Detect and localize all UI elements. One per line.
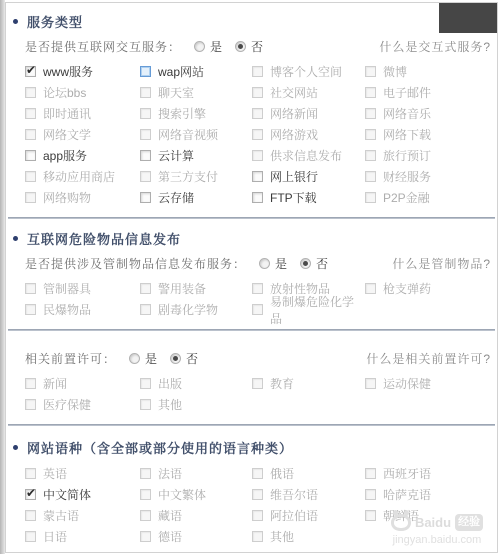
radio-no-icon[interactable] xyxy=(170,353,181,364)
section-title: 服务类型 xyxy=(27,12,83,31)
checkbox xyxy=(140,489,151,500)
checkbox-item: 易制爆危险化学品 xyxy=(252,293,365,327)
checkbox xyxy=(140,510,151,521)
checkbox-item: 维吾尔语 xyxy=(252,486,365,503)
checkbox-label: 阿拉伯语 xyxy=(270,507,318,524)
question-row: 相关前置许可： 是 否 什么是相关前置许可? xyxy=(25,348,491,368)
checkbox xyxy=(365,150,376,161)
checkbox-item: 中文繁体 xyxy=(140,486,252,503)
checkbox-label: 中文繁体 xyxy=(158,486,206,503)
checkbox-item: 医疗保健 xyxy=(25,396,140,413)
checkbox-label: 俄语 xyxy=(270,465,294,482)
radio-yes-icon[interactable] xyxy=(259,258,270,269)
checkbox xyxy=(140,468,151,479)
checkbox-label: 新闻 xyxy=(43,375,67,392)
checkbox xyxy=(25,399,36,410)
checkbox-label: 微博 xyxy=(383,63,407,80)
checkbox-item: 蒙古语 xyxy=(25,507,140,524)
checkbox-label: 哈萨克语 xyxy=(383,486,431,503)
checkbox-item: 俄语 xyxy=(252,465,365,482)
radio-option-yes[interactable]: 是 xyxy=(194,38,222,55)
section-divider xyxy=(8,424,495,426)
checkbox-label[interactable]: www服务 xyxy=(43,63,93,80)
checkbox-label: 第三方支付 xyxy=(158,168,218,185)
checkbox xyxy=(140,399,151,410)
checkbox[interactable] xyxy=(140,192,151,203)
section-bullet-icon xyxy=(13,445,18,450)
checkbox-label[interactable]: FTP下载 xyxy=(270,189,317,206)
checkbox-label: 维吾尔语 xyxy=(270,486,318,503)
radio-option-yes[interactable]: 是 xyxy=(129,350,157,367)
radio-yes-label[interactable]: 是 xyxy=(145,350,157,367)
checkbox xyxy=(25,378,36,389)
question-row: 是否提供涉及管制物品信息发布服务： 是 否 什么是管制物品? xyxy=(25,253,491,273)
checkbox[interactable] xyxy=(252,171,263,182)
section-divider xyxy=(8,329,495,331)
checkbox-item: wap网站 xyxy=(140,63,252,80)
checkbox-item: 博客个人空间 xyxy=(252,63,365,80)
checkbox-grid: www服务 wap网站 博客个人空间 微博 论坛bbs 聊天室 社交网站 电子邮… xyxy=(25,61,493,208)
checkbox-item: 网络购物 xyxy=(25,189,140,206)
checkbox xyxy=(252,66,263,77)
checkbox[interactable] xyxy=(25,489,36,500)
checkbox-item: 中文简体 xyxy=(25,486,140,503)
checkbox[interactable] xyxy=(140,150,151,161)
checkbox-label: 移动应用商店 xyxy=(43,168,115,185)
checkbox xyxy=(140,378,151,389)
checkbox xyxy=(365,283,376,294)
checkbox-label: 教育 xyxy=(270,375,294,392)
checkbox-label[interactable]: 网上银行 xyxy=(270,168,318,185)
checkbox xyxy=(365,489,376,500)
checkbox-label: 警用装备 xyxy=(158,280,206,297)
checkbox-item: 运动保健 xyxy=(365,375,493,392)
radio-option-no[interactable]: 否 xyxy=(170,350,198,367)
radio-no-icon[interactable] xyxy=(300,258,311,269)
checkbox xyxy=(140,129,151,140)
checkbox-label: 网络音视频 xyxy=(158,126,218,143)
checkbox-item: 网络游戏 xyxy=(252,126,365,143)
radio-no-label[interactable]: 否 xyxy=(186,350,198,367)
checkbox-grid: 管制器具 警用装备 放射性物品 枪支弹药 民爆物品 剧毒化学物 易制爆危险化学品 xyxy=(25,278,493,320)
checkbox-item: 第三方支付 xyxy=(140,168,252,185)
checkbox-item: 朝鲜语 xyxy=(365,507,493,524)
checkbox-label: 搜索引擎 xyxy=(158,105,206,122)
checkbox-label: 论坛bbs xyxy=(43,84,86,101)
checkbox-label: 社交网站 xyxy=(270,84,318,101)
checkbox-label: 西班牙语 xyxy=(383,465,431,482)
checkbox-item: 微博 xyxy=(365,63,493,80)
checkbox-item: app服务 xyxy=(25,147,140,164)
checkbox-item: 管制器具 xyxy=(25,280,140,297)
checkbox-label: 易制爆危险化学品 xyxy=(270,293,365,327)
section-header: 网站语种（含全部或部分使用的语言种类） xyxy=(13,438,489,456)
radio-yes-icon[interactable] xyxy=(194,41,205,52)
checkbox-item: P2P金融 xyxy=(365,189,493,206)
checkbox-label: 网络购物 xyxy=(43,189,91,206)
radio-option-no[interactable]: 否 xyxy=(235,38,263,55)
checkbox-item: 其他 xyxy=(252,528,365,545)
checkbox xyxy=(365,129,376,140)
checkbox xyxy=(365,87,376,98)
checkbox-label: 日语 xyxy=(43,528,67,545)
section-bullet-icon xyxy=(13,236,18,241)
checkbox-label[interactable]: 中文简体 xyxy=(43,486,91,503)
checkbox-item: 社交网站 xyxy=(252,84,365,101)
radio-option-yes[interactable]: 是 xyxy=(259,255,287,272)
checkbox xyxy=(252,150,263,161)
checkbox xyxy=(25,531,36,542)
checkbox-item: FTP下载 xyxy=(252,189,365,206)
radio-option-no[interactable]: 否 xyxy=(300,255,328,272)
checkbox-item: 民爆物品 xyxy=(25,301,140,318)
checkbox-item: 云存储 xyxy=(140,189,252,206)
question-label: 相关前置许可： xyxy=(25,350,116,367)
checkbox xyxy=(365,378,376,389)
checkbox-label: 网络游戏 xyxy=(270,126,318,143)
checkbox-label[interactable]: 云存储 xyxy=(158,189,194,206)
checkbox xyxy=(25,87,36,98)
section-title: 互联网危险物品信息发布 xyxy=(27,229,181,248)
checkbox-item: 移动应用商店 xyxy=(25,168,140,185)
checkbox[interactable] xyxy=(25,150,36,161)
help-link-interactive-service[interactable]: 什么是交互式服务? xyxy=(379,38,491,55)
checkbox-label: 英语 xyxy=(43,465,67,482)
form-panel: 服务类型 是否提供互联网交互服务： 是 否 什么是交互式服务? www服务 wa… xyxy=(5,2,498,553)
checkbox-label: 德语 xyxy=(158,528,182,545)
checkbox-label: 医疗保健 xyxy=(43,396,91,413)
checkbox xyxy=(25,108,36,119)
checkbox xyxy=(252,283,263,294)
checkbox xyxy=(252,108,263,119)
checkbox xyxy=(365,468,376,479)
checkbox-label: P2P金融 xyxy=(383,189,430,206)
checkbox-label: 网络文学 xyxy=(43,126,91,143)
checkbox-label[interactable]: app服务 xyxy=(43,147,87,164)
checkbox xyxy=(252,378,263,389)
checkbox xyxy=(252,129,263,140)
checkbox xyxy=(25,171,36,182)
checkbox-label: 旅行预订 xyxy=(383,147,431,164)
checkbox-label: 运动保健 xyxy=(383,375,431,392)
section-header: 互联网危险物品信息发布 xyxy=(13,229,489,247)
checkbox xyxy=(140,171,151,182)
question-row: 是否提供互联网交互服务： 是 否 什么是交互式服务? xyxy=(25,36,491,56)
checkbox-item: 日语 xyxy=(25,528,140,545)
checkbox-label: 网络音乐 xyxy=(383,105,431,122)
checkbox-item: 云计算 xyxy=(140,147,252,164)
checkbox-item: 网络音乐 xyxy=(365,105,493,122)
radio-no-label[interactable]: 否 xyxy=(251,38,263,55)
checkbox xyxy=(140,304,151,315)
checkbox-item: www服务 xyxy=(25,63,140,80)
checkbox xyxy=(365,510,376,521)
checkbox-label: 供求信息发布 xyxy=(270,147,342,164)
checkbox-grid: 新闻 出版 教育 运动保健 医疗保健 其他 xyxy=(25,373,493,415)
checkbox-item: 旅行预订 xyxy=(365,147,493,164)
checkbox xyxy=(140,87,151,98)
checkbox xyxy=(252,468,263,479)
checkbox-item: 法语 xyxy=(140,465,252,482)
checkbox-label[interactable]: 云计算 xyxy=(158,147,194,164)
checkbox-item: 电子邮件 xyxy=(365,84,493,101)
checkbox-item: 西班牙语 xyxy=(365,465,493,482)
radio-yes-label[interactable]: 是 xyxy=(275,255,287,272)
checkbox xyxy=(252,304,263,315)
checkbox-item: 藏语 xyxy=(140,507,252,524)
section-site-language: 网站语种（含全部或部分使用的语言种类） 英语 法语 俄语 西班牙语 中文简体 中… xyxy=(6,438,497,547)
checkbox-item: 警用装备 xyxy=(140,280,252,297)
checkbox-item: 财经服务 xyxy=(365,168,493,185)
checkbox-label: 聊天室 xyxy=(158,84,194,101)
checkbox-item: 枪支弹药 xyxy=(365,280,493,297)
checkbox-item: 阿拉伯语 xyxy=(252,507,365,524)
checkbox-label: 法语 xyxy=(158,465,182,482)
checkbox xyxy=(25,129,36,140)
section-pre-approval: 相关前置许可： 是 否 什么是相关前置许可? 新闻 出版 教育 运动保健 医疗保… xyxy=(6,348,497,426)
checkbox xyxy=(140,531,151,542)
checkbox-item: 教育 xyxy=(252,375,365,392)
checkbox-item: 其他 xyxy=(140,396,252,413)
checkbox-label: 电子邮件 xyxy=(383,84,431,101)
checkbox-item: 供求信息发布 xyxy=(252,147,365,164)
checkbox xyxy=(252,87,263,98)
checkbox xyxy=(365,66,376,77)
checkbox-item: 即时通讯 xyxy=(25,105,140,122)
checkbox-item: 哈萨克语 xyxy=(365,486,493,503)
checkbox-label: 网络新闻 xyxy=(270,105,318,122)
checkbox xyxy=(25,192,36,203)
checkbox-label: 网络下载 xyxy=(383,126,431,143)
checkbox xyxy=(25,304,36,315)
checkbox xyxy=(140,283,151,294)
question-label: 是否提供涉及管制物品信息发布服务： xyxy=(25,255,246,272)
checkbox-item: 网上银行 xyxy=(252,168,365,185)
checkbox-item: 搜索引擎 xyxy=(140,105,252,122)
section-header: 服务类型 xyxy=(13,12,489,30)
radio-no-label[interactable]: 否 xyxy=(316,255,328,272)
checkbox-item: 剧毒化学物 xyxy=(140,301,252,318)
checkbox-item: 德语 xyxy=(140,528,252,545)
checkbox-label: 朝鲜语 xyxy=(383,507,419,524)
checkbox-label: 枪支弹药 xyxy=(383,280,431,297)
checkbox xyxy=(365,171,376,182)
checkbox-grid: 英语 法语 俄语 西班牙语 中文简体 中文繁体 维吾尔语 哈萨克语 蒙古语 藏语… xyxy=(25,463,493,547)
checkbox-label: 蒙古语 xyxy=(43,507,79,524)
checkbox xyxy=(25,510,36,521)
checkbox-label: 出版 xyxy=(158,375,182,392)
checkbox xyxy=(252,489,263,500)
section-bullet-icon xyxy=(13,19,18,24)
checkbox xyxy=(365,108,376,119)
checkbox xyxy=(25,468,36,479)
checkbox-label: 博客个人空间 xyxy=(270,63,342,80)
radio-no-icon[interactable] xyxy=(235,41,246,52)
help-link-controlled-goods[interactable]: 什么是管制物品? xyxy=(392,255,491,272)
checkbox-item: 网络音视频 xyxy=(140,126,252,143)
checkbox-label: 其他 xyxy=(270,528,294,545)
checkbox xyxy=(252,531,263,542)
checkbox-label: 财经服务 xyxy=(383,168,431,185)
checkbox[interactable] xyxy=(252,192,263,203)
checkbox-label: 其他 xyxy=(158,396,182,413)
section-dangerous-goods: 互联网危险物品信息发布 是否提供涉及管制物品信息发布服务： 是 否 什么是管制物… xyxy=(6,229,497,331)
checkbox-item: 出版 xyxy=(140,375,252,392)
checkbox-item: 论坛bbs xyxy=(25,84,140,101)
help-link-pre-approval[interactable]: 什么是相关前置许可? xyxy=(366,350,491,367)
checkbox-label[interactable]: wap网站 xyxy=(158,63,204,80)
checkbox-item: 网络文学 xyxy=(25,126,140,143)
checkbox-item: 新闻 xyxy=(25,375,140,392)
question-label: 是否提供互联网交互服务： xyxy=(25,38,181,55)
checkbox-item: 聊天室 xyxy=(140,84,252,101)
checkbox-label: 即时通讯 xyxy=(43,105,91,122)
checkbox-item: 英语 xyxy=(25,465,140,482)
checkbox xyxy=(252,510,263,521)
checkbox-label: 藏语 xyxy=(158,507,182,524)
checkbox-item: 网络下载 xyxy=(365,126,493,143)
checkbox[interactable] xyxy=(25,66,36,77)
checkbox-item: 网络新闻 xyxy=(252,105,365,122)
section-divider xyxy=(8,217,495,219)
checkbox xyxy=(25,283,36,294)
checkbox-label: 管制器具 xyxy=(43,280,91,297)
radio-yes-icon[interactable] xyxy=(129,353,140,364)
checkbox xyxy=(140,108,151,119)
radio-yes-label[interactable]: 是 xyxy=(210,38,222,55)
checkbox xyxy=(365,192,376,203)
section-service-type: 服务类型 是否提供互联网交互服务： 是 否 什么是交互式服务? www服务 wa… xyxy=(6,12,497,219)
section-title: 网站语种（含全部或部分使用的语言种类） xyxy=(27,438,293,457)
checkbox[interactable] xyxy=(140,66,151,77)
checkbox-label: 民爆物品 xyxy=(43,301,91,318)
checkbox-label: 剧毒化学物 xyxy=(158,301,218,318)
